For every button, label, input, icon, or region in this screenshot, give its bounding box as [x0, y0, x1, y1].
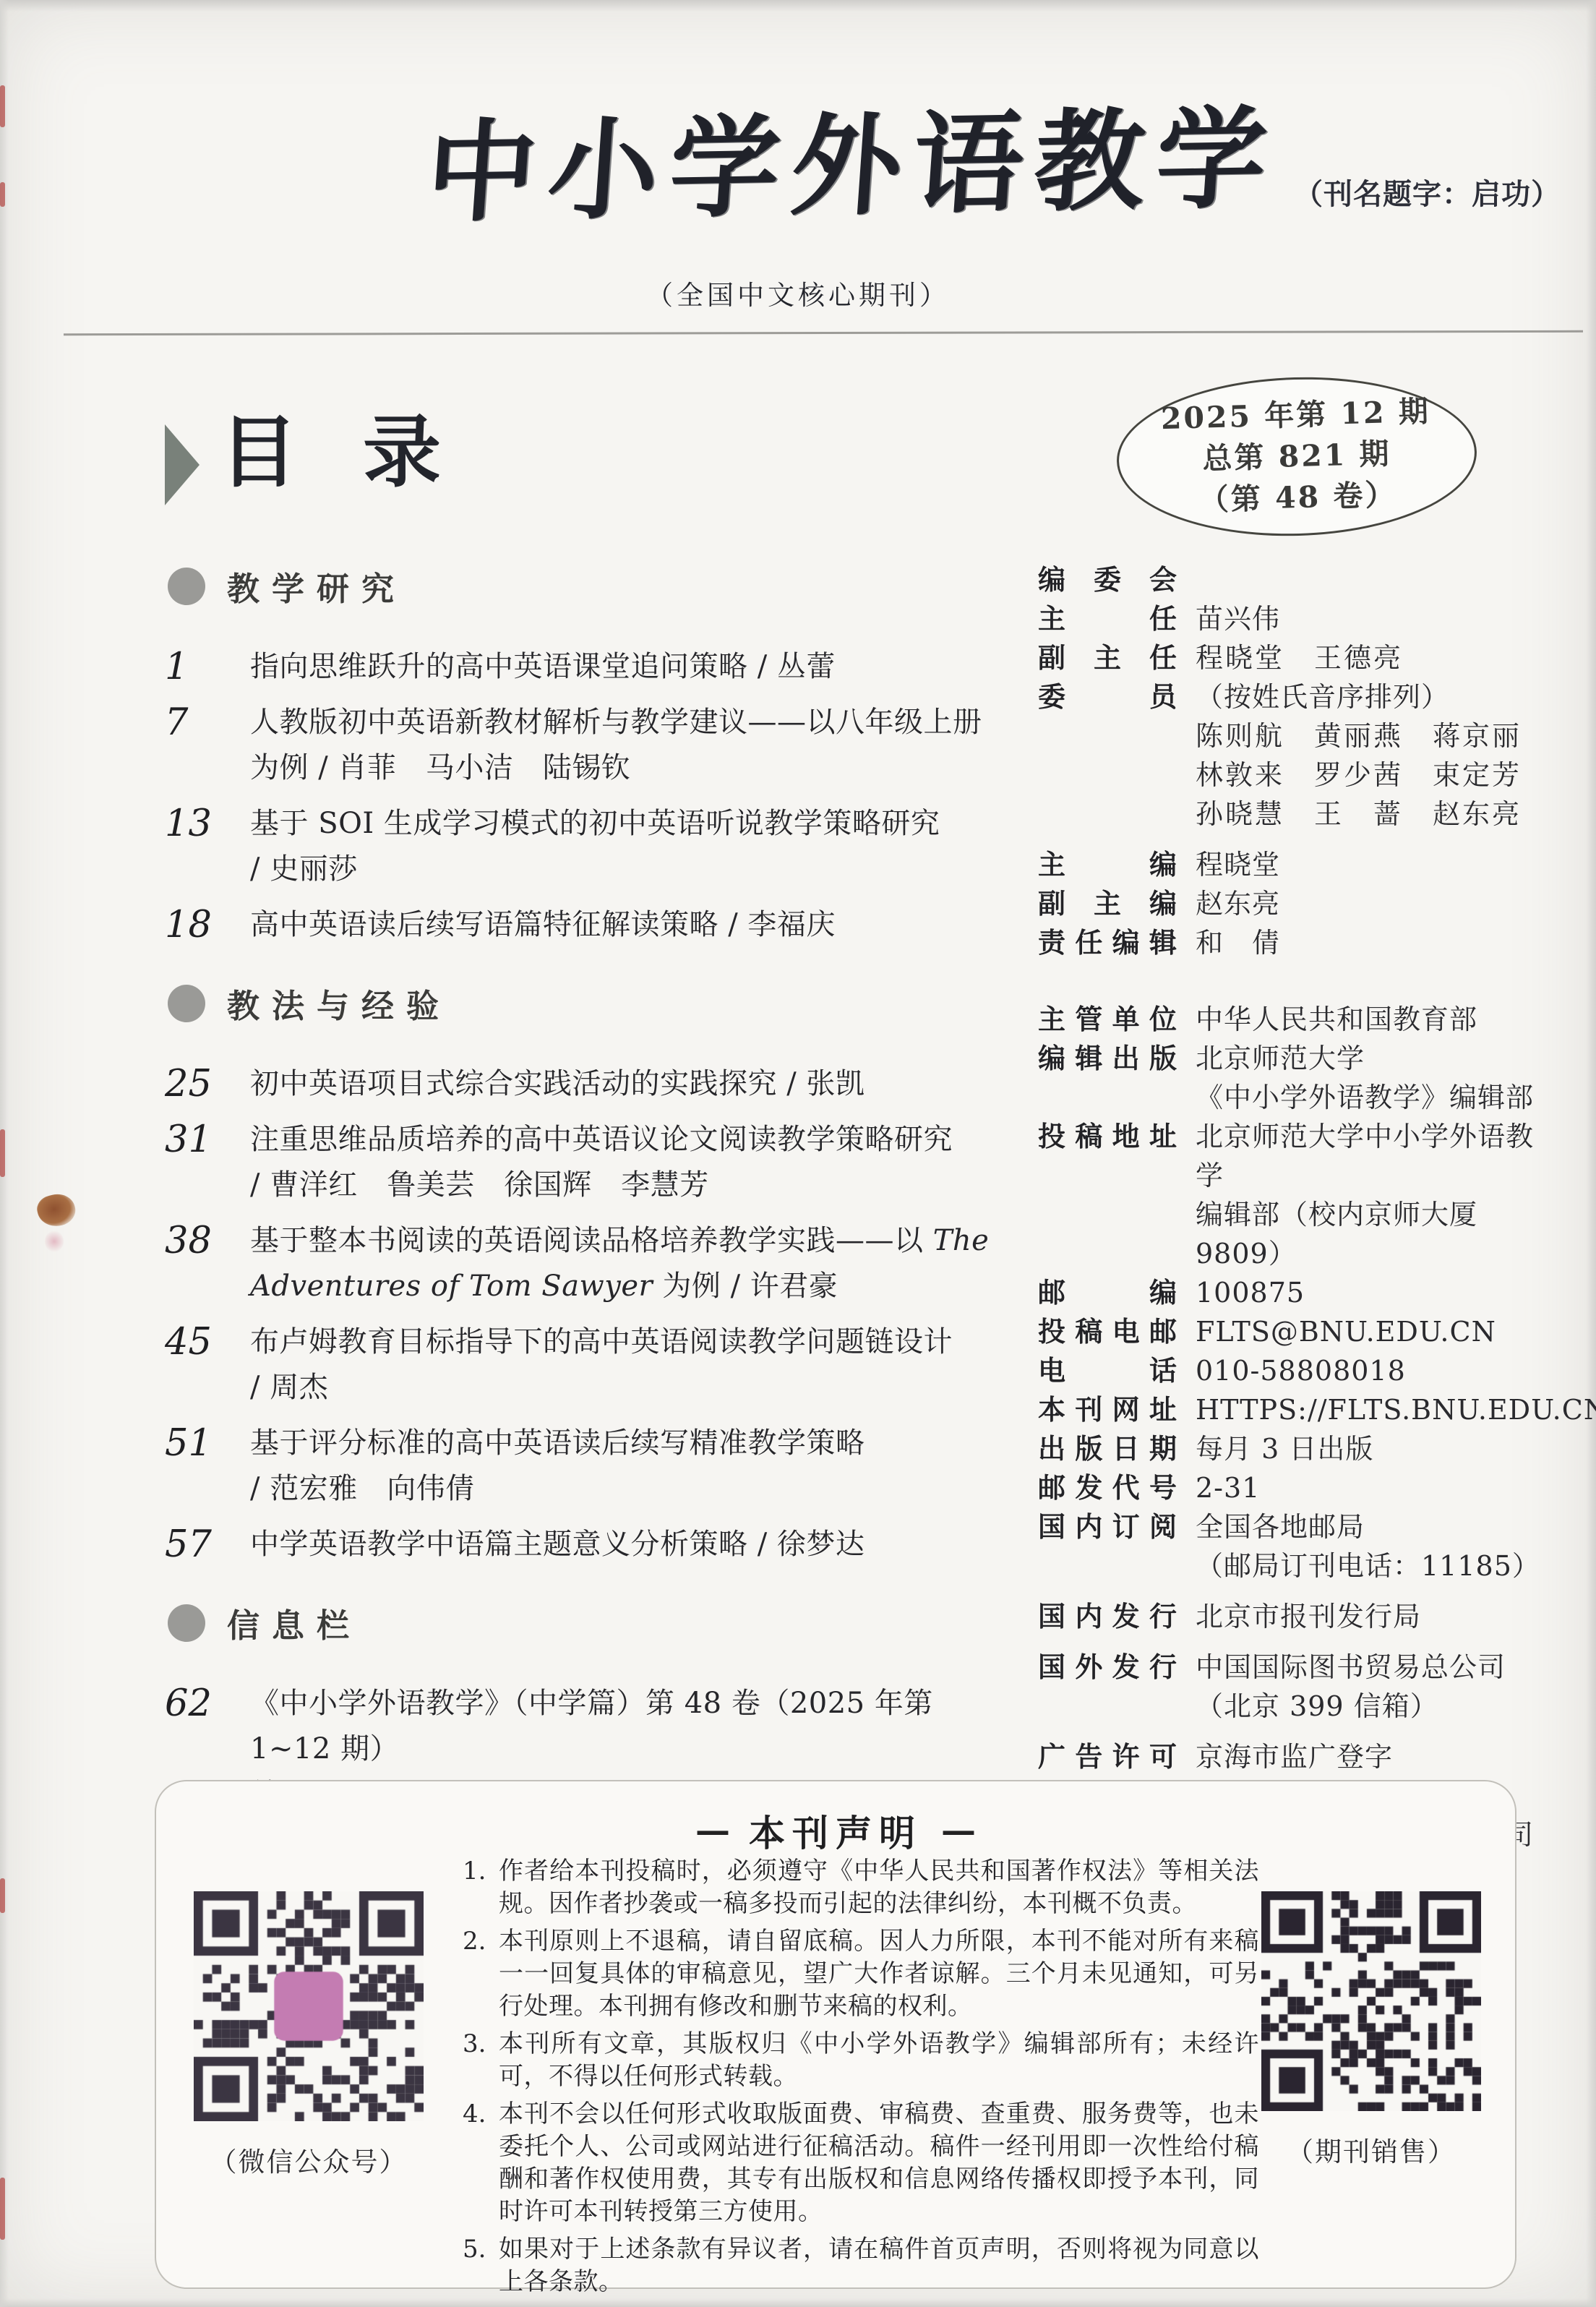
- toc-item: 38基于整本书阅读的英语阅读品格培养教学实践——以 TheAdventures …: [165, 1218, 1009, 1309]
- toc-item-line: 中学英语教学中语篇主题意义分析策略 / 徐梦达: [250, 1522, 1009, 1567]
- declaration-item-text: 本刊原则上不退稿，请自留底稿。因人力所限，本刊不能对所有来稿一一回复具体的审稿意…: [499, 1925, 1259, 2023]
- toc: 教学研究1指向思维跃升的高中英语课堂追问策略 / 丛蕾7人教版初中英语新教材解析…: [165, 562, 1009, 1929]
- masthead-row: 投稿电邮FLTS@BNU.EDU.CN: [1038, 1312, 1548, 1351]
- masthead-label: 国内订阅: [1038, 1507, 1177, 1546]
- masthead: 编委会主任苗兴伟副主任程晓堂 王德亮委员（按姓氏音序排列）陈则航 黄丽燕 蒋京丽…: [1038, 560, 1548, 1854]
- masthead-row: 孙晓慧 王 蔷 赵东亮: [1038, 795, 1548, 834]
- toc-page-number: 7: [165, 700, 250, 791]
- masthead-row: 编辑出版北京师范大学: [1038, 1039, 1548, 1078]
- masthead-label: 主任: [1038, 599, 1177, 638]
- section-bullet-icon: [168, 985, 205, 1022]
- masthead-row: 国内发行北京市报刊发行局: [1038, 1597, 1548, 1636]
- toc-item-title: 指向思维跃升的高中英语课堂追问策略 / 丛蕾: [250, 644, 1009, 690]
- masthead-label: 责任编辑: [1038, 923, 1177, 962]
- contents-heading: 目录: [220, 414, 506, 492]
- toc-item: 57中学英语教学中语篇主题意义分析策略 / 徐梦达: [165, 1522, 1009, 1567]
- masthead-row: 陈则航 黄丽燕 蒋京丽: [1038, 716, 1548, 756]
- journal-title-inscription: （刊名题字：启功）: [1294, 171, 1561, 213]
- toc-item: 18高中英语读后续写语篇特征解读策略 / 李福庆: [165, 902, 1009, 948]
- toc-page-number: 57: [165, 1522, 250, 1567]
- masthead-label: 投稿地址: [1038, 1117, 1177, 1195]
- masthead-value: 程晓堂 王德亮: [1196, 638, 1548, 677]
- declaration-item-number: 1.: [463, 1855, 499, 1920]
- masthead-value: （邮局订刊电话：11185）: [1196, 1546, 1548, 1585]
- toc-item-title: 人教版初中英语新教材解析与教学建议——以八年级上册为例 / 肖菲 马小洁 陆锡钦: [250, 700, 1009, 791]
- masthead-label: [1038, 756, 1177, 795]
- masthead-value: 孙晓慧 王 蔷 赵东亮: [1196, 795, 1548, 834]
- wechat-qr-label: （微信公众号）: [192, 2140, 425, 2179]
- toc-item-line: 基于 SOI 生成学习模式的初中英语听说教学策略研究: [250, 801, 1009, 847]
- masthead-row: 邮编100875: [1038, 1273, 1548, 1312]
- masthead-row: 委员（按姓氏音序排列）: [1038, 677, 1548, 716]
- masthead-row: 国内订阅全国各地邮局: [1038, 1507, 1548, 1546]
- masthead-label: 编辑出版: [1038, 1039, 1177, 1078]
- masthead-label: [1038, 795, 1177, 834]
- masthead-value: HTTPS://FLTS.BNU.EDU.CN: [1196, 1390, 1596, 1429]
- toc-item-line: 为例 / 肖菲 马小洁 陆锡钦: [250, 745, 1009, 791]
- header-divider: [64, 330, 1583, 335]
- masthead-label: 副主编: [1038, 884, 1177, 923]
- sales-qr-block: （期刊销售）: [1259, 1891, 1483, 2169]
- toc-item-line: / 史丽莎: [250, 847, 1009, 892]
- scan-speck: [0, 1129, 5, 1177]
- toc-item-title: 中学英语教学中语篇主题意义分析策略 / 徐梦达: [250, 1522, 1009, 1567]
- masthead-row: 主任苗兴伟: [1038, 599, 1548, 638]
- masthead-label: 本刊网址: [1038, 1390, 1177, 1429]
- masthead-value: 赵东亮: [1196, 884, 1548, 923]
- wechat-qr-block: （微信公众号）: [192, 1891, 425, 2179]
- toc-item-title: 基于 SOI 生成学习模式的初中英语听说教学策略研究/ 史丽莎: [250, 801, 1009, 892]
- toc-item: 13基于 SOI 生成学习模式的初中英语听说教学策略研究/ 史丽莎: [165, 801, 1009, 892]
- declaration-item: 4.本刊不会以任何形式收取版面费、审稿费、查重费、服务费等，也未委托个人、公司或…: [463, 2098, 1259, 2228]
- toc-page-number: 31: [165, 1117, 250, 1208]
- masthead-row: 出版日期每月 3 日出版: [1038, 1429, 1548, 1468]
- toc-page-number: 1: [165, 644, 250, 690]
- masthead-label: 编委会: [1038, 560, 1177, 599]
- ink-stain-faint: [45, 1230, 64, 1252]
- masthead-label: [1038, 1687, 1177, 1726]
- declaration-item-number: 3.: [463, 2028, 499, 2093]
- declaration-title: 本刊声明: [749, 1805, 922, 1857]
- scan-edge-right: [1586, 0, 1596, 2307]
- masthead-row: 责任编辑和 倩: [1038, 923, 1548, 962]
- masthead-value: 中华人民共和国教育部: [1196, 1000, 1548, 1039]
- masthead-value: 《中小学外语教学》编辑部: [1196, 1078, 1548, 1117]
- declaration-items: 1.作者给本刊投稿时，必须遵守《中华人民共和国著作权法》等相关法规。因作者抄袭或…: [463, 1855, 1259, 2303]
- masthead-label: 出版日期: [1038, 1429, 1177, 1468]
- masthead-row: 主管单位中华人民共和国教育部: [1038, 1000, 1548, 1039]
- masthead-row: （北京 399 信箱）: [1038, 1687, 1548, 1726]
- masthead-label: 主管单位: [1038, 1000, 1177, 1039]
- masthead-label: [1038, 716, 1177, 756]
- dash-ornament: —: [695, 1810, 730, 1851]
- masthead-row: 邮发代号2-31: [1038, 1468, 1548, 1507]
- declaration-item-text: 本刊所有文章，其版权归《中小学外语教学》编辑部所有；未经许可，不得以任何形式转载…: [499, 2028, 1259, 2093]
- issue-badge: 2025 年第 12 期 总第 821 期 （第 48 卷）: [1115, 372, 1479, 541]
- masthead-label: 投稿电邮: [1038, 1312, 1177, 1351]
- declaration-item: 3.本刊所有文章，其版权归《中小学外语教学》编辑部所有；未经许可，不得以任何形式…: [463, 2028, 1259, 2093]
- section-bullet-icon: [168, 1604, 205, 1642]
- masthead-value: 北京师范大学中小学外语教学: [1196, 1117, 1548, 1195]
- scan-speck: [0, 85, 5, 127]
- masthead-row: 主编程晓堂: [1038, 845, 1548, 884]
- masthead-label: 主编: [1038, 845, 1177, 884]
- toc-item-title: 基于评分标准的高中英语读后续写精准教学策略/ 范宏雅 向伟倩: [250, 1421, 1009, 1512]
- scan-speck: [0, 2178, 5, 2240]
- toc-item: 25初中英语项目式综合实践活动的实践探究 / 张凯: [165, 1061, 1009, 1107]
- masthead-label: 委员: [1038, 677, 1177, 716]
- masthead-label: 国外发行: [1038, 1648, 1177, 1687]
- declaration-item-text: 作者给本刊投稿时，必须遵守《中华人民共和国著作权法》等相关法规。因作者抄袭或一稿…: [499, 1855, 1259, 1920]
- masthead-row: 投稿地址北京师范大学中小学外语教学: [1038, 1117, 1548, 1195]
- toc-item-line: 注重思维品质培养的高中英语议论文阅读教学策略研究: [250, 1117, 1009, 1163]
- masthead-label: 副主任: [1038, 638, 1177, 677]
- toc-item: 31注重思维品质培养的高中英语议论文阅读教学策略研究/ 曹洋红 鲁美芸 徐国辉 …: [165, 1117, 1009, 1208]
- declaration-item-text: 本刊不会以任何形式收取版面费、审稿费、查重费、服务费等，也未委托个人、公司或网站…: [499, 2098, 1259, 2228]
- masthead-label: 邮编: [1038, 1273, 1177, 1312]
- toc-page-number: 45: [165, 1319, 250, 1411]
- toc-item-title: 基于整本书阅读的英语阅读品格培养教学实践——以 TheAdventures of…: [250, 1218, 1009, 1309]
- toc-item-line: 人教版初中英语新教材解析与教学建议——以八年级上册: [250, 700, 1009, 745]
- masthead-value: 中国国际图书贸易总公司: [1196, 1648, 1548, 1687]
- masthead-row: 林敦来 罗少茜 束定芳: [1038, 756, 1548, 795]
- toc-page-number: 38: [165, 1218, 250, 1309]
- toc-item-title: 初中英语项目式综合实践活动的实践探究 / 张凯: [250, 1061, 1009, 1107]
- masthead-row: （邮局订刊电话：11185）: [1038, 1546, 1548, 1585]
- masthead-value: 陈则航 黄丽燕 蒋京丽: [1196, 716, 1548, 756]
- scan-edge-top: [0, 0, 1596, 12]
- masthead-label: 邮发代号: [1038, 1468, 1177, 1507]
- masthead-value: 全国各地邮局: [1196, 1507, 1548, 1546]
- declaration-item: 1.作者给本刊投稿时，必须遵守《中华人民共和国著作权法》等相关法规。因作者抄袭或…: [463, 1855, 1259, 1920]
- masthead-row: 《中小学外语教学》编辑部: [1038, 1078, 1548, 1117]
- toc-item-line: / 曹洋红 鲁美芸 徐国辉 李慧芳: [250, 1163, 1009, 1208]
- masthead-value: 010-58808018: [1196, 1351, 1548, 1390]
- toc-item: 7人教版初中英语新教材解析与教学建议——以八年级上册为例 / 肖菲 马小洁 陆锡…: [165, 700, 1009, 791]
- toc-item-line: Adventures of Tom Sawyer 为例 / 许君豪: [250, 1264, 1009, 1309]
- declaration-item-number: 2.: [463, 1925, 499, 2023]
- journal-subtitle: （全国中文核心期刊）: [0, 273, 1596, 312]
- masthead-row: 编委会: [1038, 560, 1548, 599]
- toc-page-number: 25: [165, 1061, 250, 1107]
- masthead-value: 苗兴伟: [1196, 599, 1548, 638]
- masthead-value: FLTS@BNU.EDU.CN: [1196, 1312, 1548, 1351]
- sales-qr-code: [1261, 1891, 1481, 2111]
- section-bullet-icon: [168, 568, 205, 605]
- dash-ornament: —: [941, 1810, 976, 1851]
- masthead-label: [1038, 1546, 1177, 1585]
- toc-item: 45布卢姆教育目标指导下的高中英语阅读教学问题链设计/ 周杰: [165, 1319, 1009, 1411]
- scan-speck: [0, 1878, 5, 1913]
- issue-total: 总第 821 期: [1202, 433, 1392, 479]
- declaration-item: 2.本刊原则上不退稿，请自留底稿。因人力所限，本刊不能对所有来稿一一回复具体的审…: [463, 1925, 1259, 2023]
- masthead-value: 和 倩: [1196, 923, 1548, 962]
- contents-heading-row: 目录: [165, 389, 506, 515]
- masthead-label: 国内发行: [1038, 1597, 1177, 1636]
- issue-volume: （第 48 卷）: [1198, 474, 1397, 521]
- masthead-label: 电话: [1038, 1351, 1177, 1390]
- declaration-item-text: 如果对于上述条款有异议者，请在稿件首页声明，否则将视为同意以上各条款。: [499, 2233, 1259, 2298]
- magazine-toc-page: 中小学外语教学 （刊名题字：启功） （全国中文核心期刊） 目录 2025 年第 …: [0, 0, 1596, 2307]
- masthead-row: 本刊网址HTTPS://FLTS.BNU.EDU.CN: [1038, 1390, 1548, 1429]
- masthead-label: [1038, 1078, 1177, 1117]
- toc-section-header: 信息栏: [168, 1599, 1009, 1646]
- masthead-row: 副主编赵东亮: [1038, 884, 1548, 923]
- toc-page-number: 18: [165, 902, 250, 948]
- masthead-row: 副主任程晓堂 王德亮: [1038, 638, 1548, 677]
- toc-section-header: 教学研究: [168, 562, 1009, 609]
- masthead-value: 北京师范大学: [1196, 1039, 1548, 1078]
- masthead-value: （按姓氏音序排列）: [1196, 677, 1548, 716]
- toc-item-line: 高中英语读后续写语篇特征解读策略 / 李福庆: [250, 902, 1009, 948]
- toc-item-line: 基于评分标准的高中英语读后续写精准教学策略: [250, 1421, 1009, 1466]
- section-label: 教学研究: [227, 562, 406, 609]
- declaration-heading: — 本刊声明 —: [156, 1805, 1515, 1857]
- wechat-qr-code: [194, 1891, 424, 2121]
- masthead-row: 国外发行中国国际图书贸易总公司: [1038, 1648, 1548, 1687]
- toc-item-title: 注重思维品质培养的高中英语议论文阅读教学策略研究/ 曹洋红 鲁美芸 徐国辉 李慧…: [250, 1117, 1009, 1208]
- toc-item-line: 布卢姆教育目标指导下的高中英语阅读教学问题链设计: [250, 1319, 1009, 1365]
- masthead-value: 编辑部（校内京师大厦 9809）: [1196, 1195, 1548, 1273]
- section-label: 信息栏: [227, 1599, 361, 1646]
- sales-qr-label: （期刊销售）: [1259, 2130, 1483, 2169]
- masthead-row: 电话010-58808018: [1038, 1351, 1548, 1390]
- toc-section-header: 教法与经验: [168, 980, 1009, 1027]
- scan-speck: [0, 182, 5, 207]
- toc-item-title: 高中英语读后续写语篇特征解读策略 / 李福庆: [250, 902, 1009, 948]
- declaration-item: 5.如果对于上述条款有异议者，请在稿件首页声明，否则将视为同意以上各条款。: [463, 2233, 1259, 2298]
- declaration-box: — 本刊声明 — （微信公众号） 1.作者给本刊投稿时，必须遵守《中华人民共和国…: [155, 1780, 1516, 2289]
- toc-item: 1指向思维跃升的高中英语课堂追问策略 / 丛蕾: [165, 644, 1009, 690]
- masthead-value: （北京 399 信箱）: [1196, 1687, 1548, 1726]
- masthead-value: [1196, 560, 1548, 599]
- masthead-label: [1038, 1195, 1177, 1273]
- toc-item-line: / 周杰: [250, 1365, 1009, 1411]
- journal-header: 中小学外语教学 （刊名题字：启功）: [428, 78, 1561, 236]
- declaration-item-number: 5.: [463, 2233, 499, 2298]
- masthead-value: 林敦来 罗少茜 束定芳: [1196, 756, 1548, 795]
- toc-page-number: 13: [165, 801, 250, 892]
- toc-item-title: 布卢姆教育目标指导下的高中英语阅读教学问题链设计/ 周杰: [250, 1319, 1009, 1411]
- toc-page-number: 51: [165, 1421, 250, 1512]
- toc-item-line: 指向思维跃升的高中英语课堂追问策略 / 丛蕾: [250, 644, 1009, 690]
- toc-item: 51基于评分标准的高中英语读后续写精准教学策略/ 范宏雅 向伟倩: [165, 1421, 1009, 1512]
- masthead-value: 2-31: [1196, 1468, 1548, 1507]
- ink-stain: [34, 1190, 78, 1230]
- section-label: 教法与经验: [227, 980, 451, 1027]
- masthead-value: 北京市报刊发行局: [1196, 1597, 1548, 1636]
- toc-item-line: 初中英语项目式综合实践活动的实践探究 / 张凯: [250, 1061, 1009, 1107]
- masthead-row: 编辑部（校内京师大厦 9809）: [1038, 1195, 1548, 1273]
- issue-number: 2025 年第 12 期: [1160, 391, 1430, 440]
- journal-title: 中小学外语教学: [422, 71, 1284, 243]
- masthead-value: 每月 3 日出版: [1196, 1429, 1548, 1468]
- toc-item-line: 基于整本书阅读的英语阅读品格培养教学实践——以 The: [250, 1218, 1009, 1264]
- toc-item-line: 《中小学外语教学》（中学篇）第 48 卷（2025 年第 1~12 期）: [250, 1681, 1009, 1772]
- triangle-marker-icon: [165, 424, 199, 505]
- toc-item-line: / 范宏雅 向伟倩: [250, 1466, 1009, 1512]
- masthead-value: 100875: [1196, 1273, 1548, 1312]
- masthead-value: 程晓堂: [1196, 845, 1548, 884]
- declaration-item-number: 4.: [463, 2098, 499, 2228]
